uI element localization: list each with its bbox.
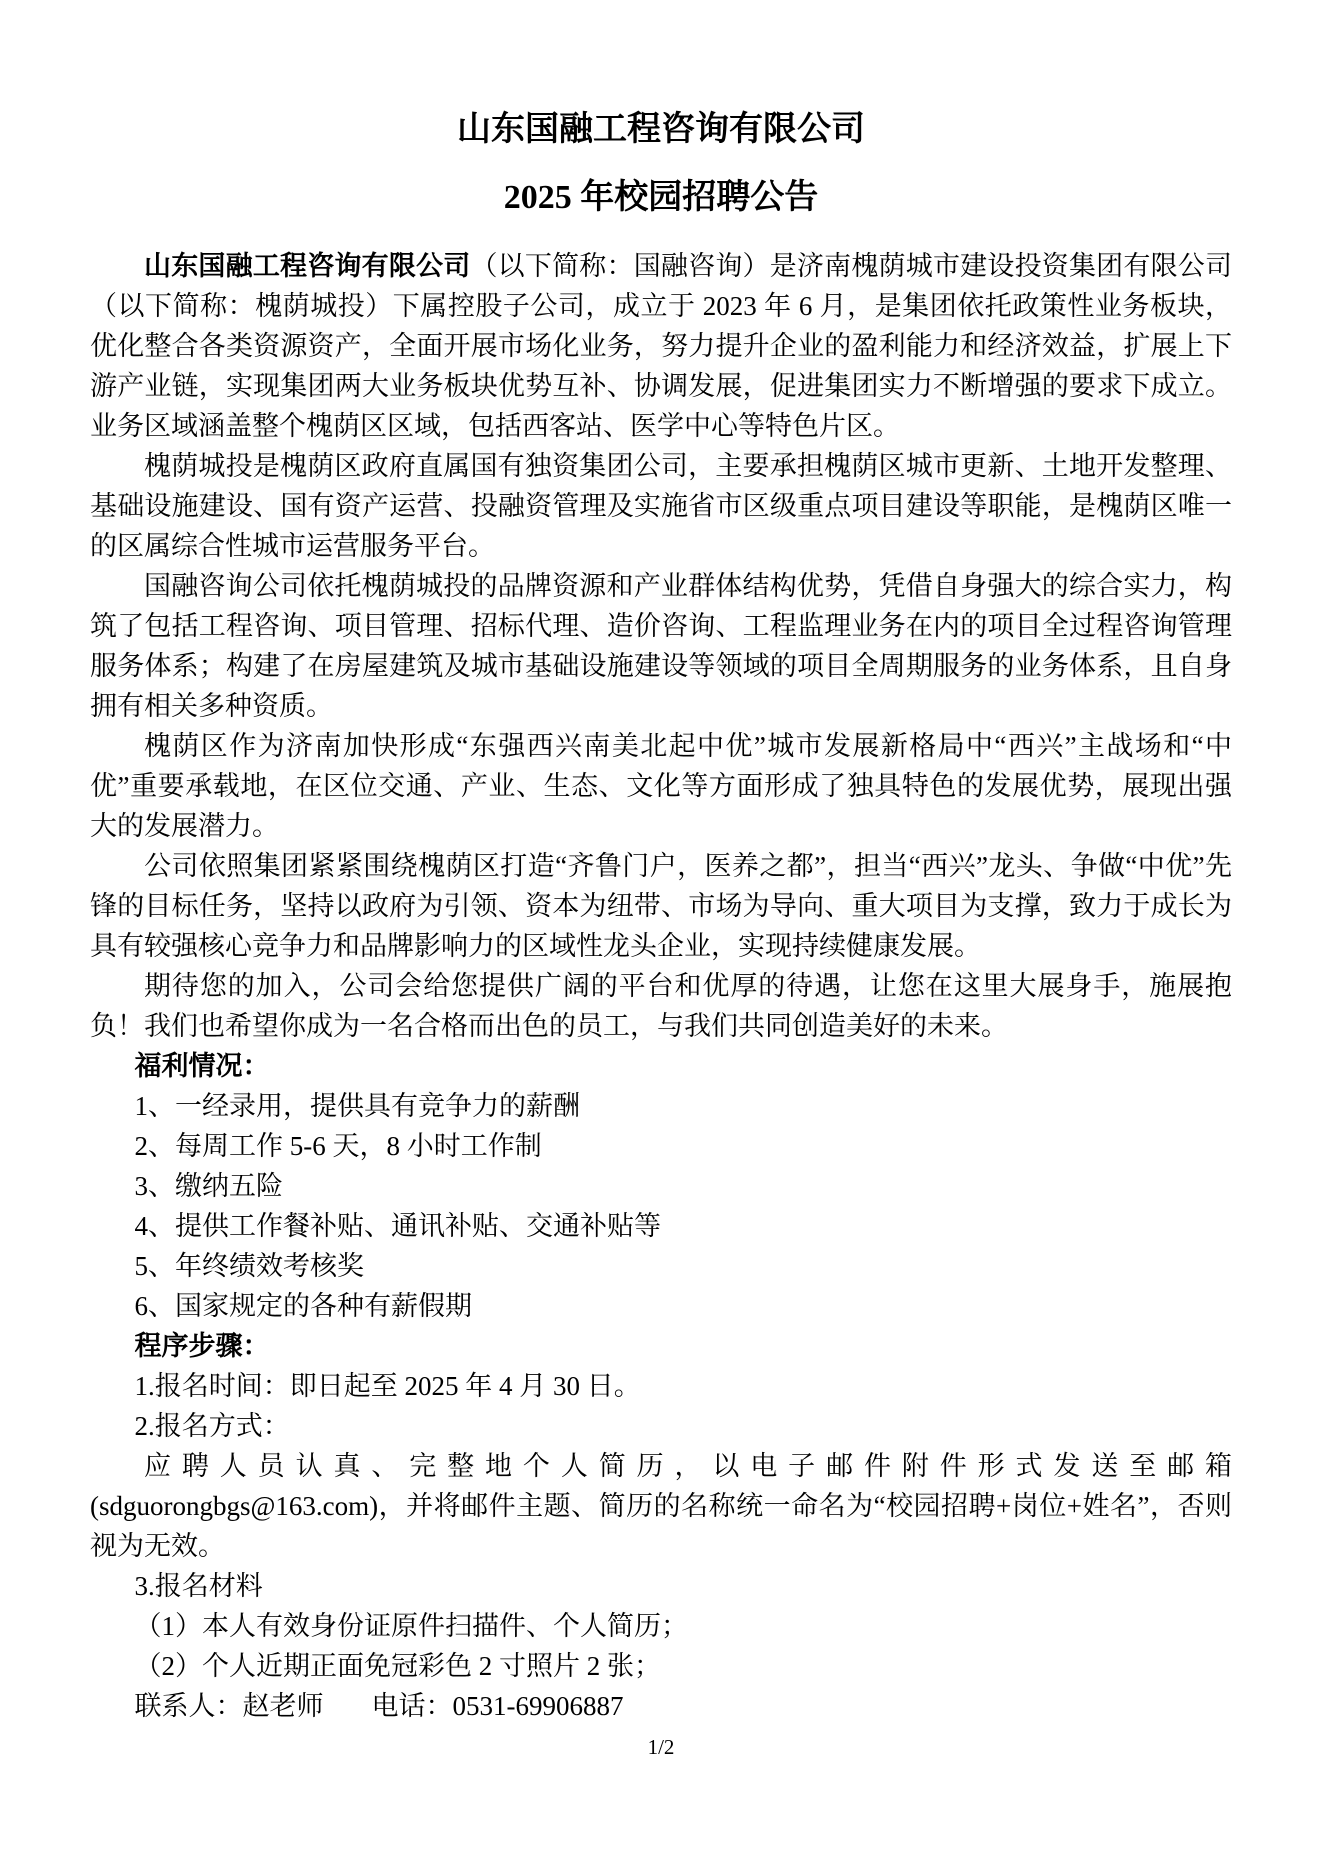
page-number: 1/2	[0, 1734, 1322, 1760]
paragraph-huaiyin-chengtou: 槐荫城投是槐荫区政府直属国有独资集团公司，主要承担槐荫区城市更新、土地开发整理、…	[90, 446, 1232, 566]
material-item-2: （2）个人近期正面免冠彩色 2 寸照片 2 张；	[135, 1646, 1232, 1686]
benefits-heading: 福利情况：	[135, 1046, 1232, 1086]
intro-paragraph: 山东国融工程咨询有限公司（以下简称：国融咨询）是济南槐荫城市建设投资集团有限公司…	[90, 246, 1232, 446]
benefit-item-3: 3、缴纳五险	[135, 1166, 1232, 1206]
benefit-item-5: 5、年终绩效考核奖	[135, 1246, 1232, 1286]
procedure-step-time: 1.报名时间：即日起至 2025 年 4 月 30 日。	[135, 1366, 1232, 1406]
document-body: 山东国融工程咨询有限公司（以下简称：国融咨询）是济南槐荫城市建设投资集团有限公司…	[90, 246, 1232, 1726]
benefit-item-4: 4、提供工作餐补贴、通讯补贴、交通补贴等	[135, 1206, 1232, 1246]
benefit-item-1: 1、一经录用，提供具有竞争力的薪酬	[135, 1086, 1232, 1126]
contact-person: 联系人：赵老师	[135, 1691, 324, 1721]
paragraph-welcome: 期待您的加入，公司会给您提供广阔的平台和优厚的待遇，让您在这里大展身手，施展抱负…	[90, 966, 1232, 1046]
benefit-item-2: 2、每周工作 5-6 天，8 小时工作制	[135, 1126, 1232, 1166]
material-item-1: （1）本人有效身份证原件扫描件、个人简历；	[135, 1606, 1232, 1646]
procedure-heading: 程序步骤：	[135, 1326, 1232, 1366]
paragraph-service-system: 国融咨询公司依托槐荫城投的品牌资源和产业群体结构优势，凭借自身强大的综合实力，构…	[90, 566, 1232, 726]
document-page: 山东国融工程咨询有限公司 2025 年校园招聘公告 山东国融工程咨询有限公司（以…	[0, 0, 1322, 1871]
paragraph-district-advantage: 槐荫区作为济南加快形成“东强西兴南美北起中优”城市发展新格局中“西兴”主战场和“…	[90, 726, 1232, 846]
benefit-item-6: 6、国家规定的各种有薪假期	[135, 1286, 1232, 1326]
procedure-step-materials: 3.报名材料	[135, 1566, 1232, 1606]
document-content: 山东国融工程咨询有限公司 2025 年校园招聘公告 山东国融工程咨询有限公司（以…	[90, 106, 1232, 1726]
document-title: 山东国融工程咨询有限公司	[90, 106, 1232, 154]
document-subtitle: 2025 年校园招聘公告	[90, 174, 1232, 222]
contact-line: 联系人：赵老师电话：0531-69906887	[135, 1686, 1232, 1726]
contact-phone: 电话：0531-69906887	[372, 1691, 624, 1721]
intro-company-name: 山东国融工程咨询有限公司	[144, 251, 470, 281]
paragraph-company-goal: 公司依照集团紧紧围绕槐荫区打造“齐鲁门户，医养之都”，担当“西兴”龙头、争做“中…	[90, 846, 1232, 966]
procedure-apply-detail: 应聘人员认真、完整地个人简历，以电子邮件附件形式发送至邮箱(sdguorongb…	[90, 1446, 1232, 1566]
procedure-step-method: 2.报名方式：	[135, 1406, 1232, 1446]
